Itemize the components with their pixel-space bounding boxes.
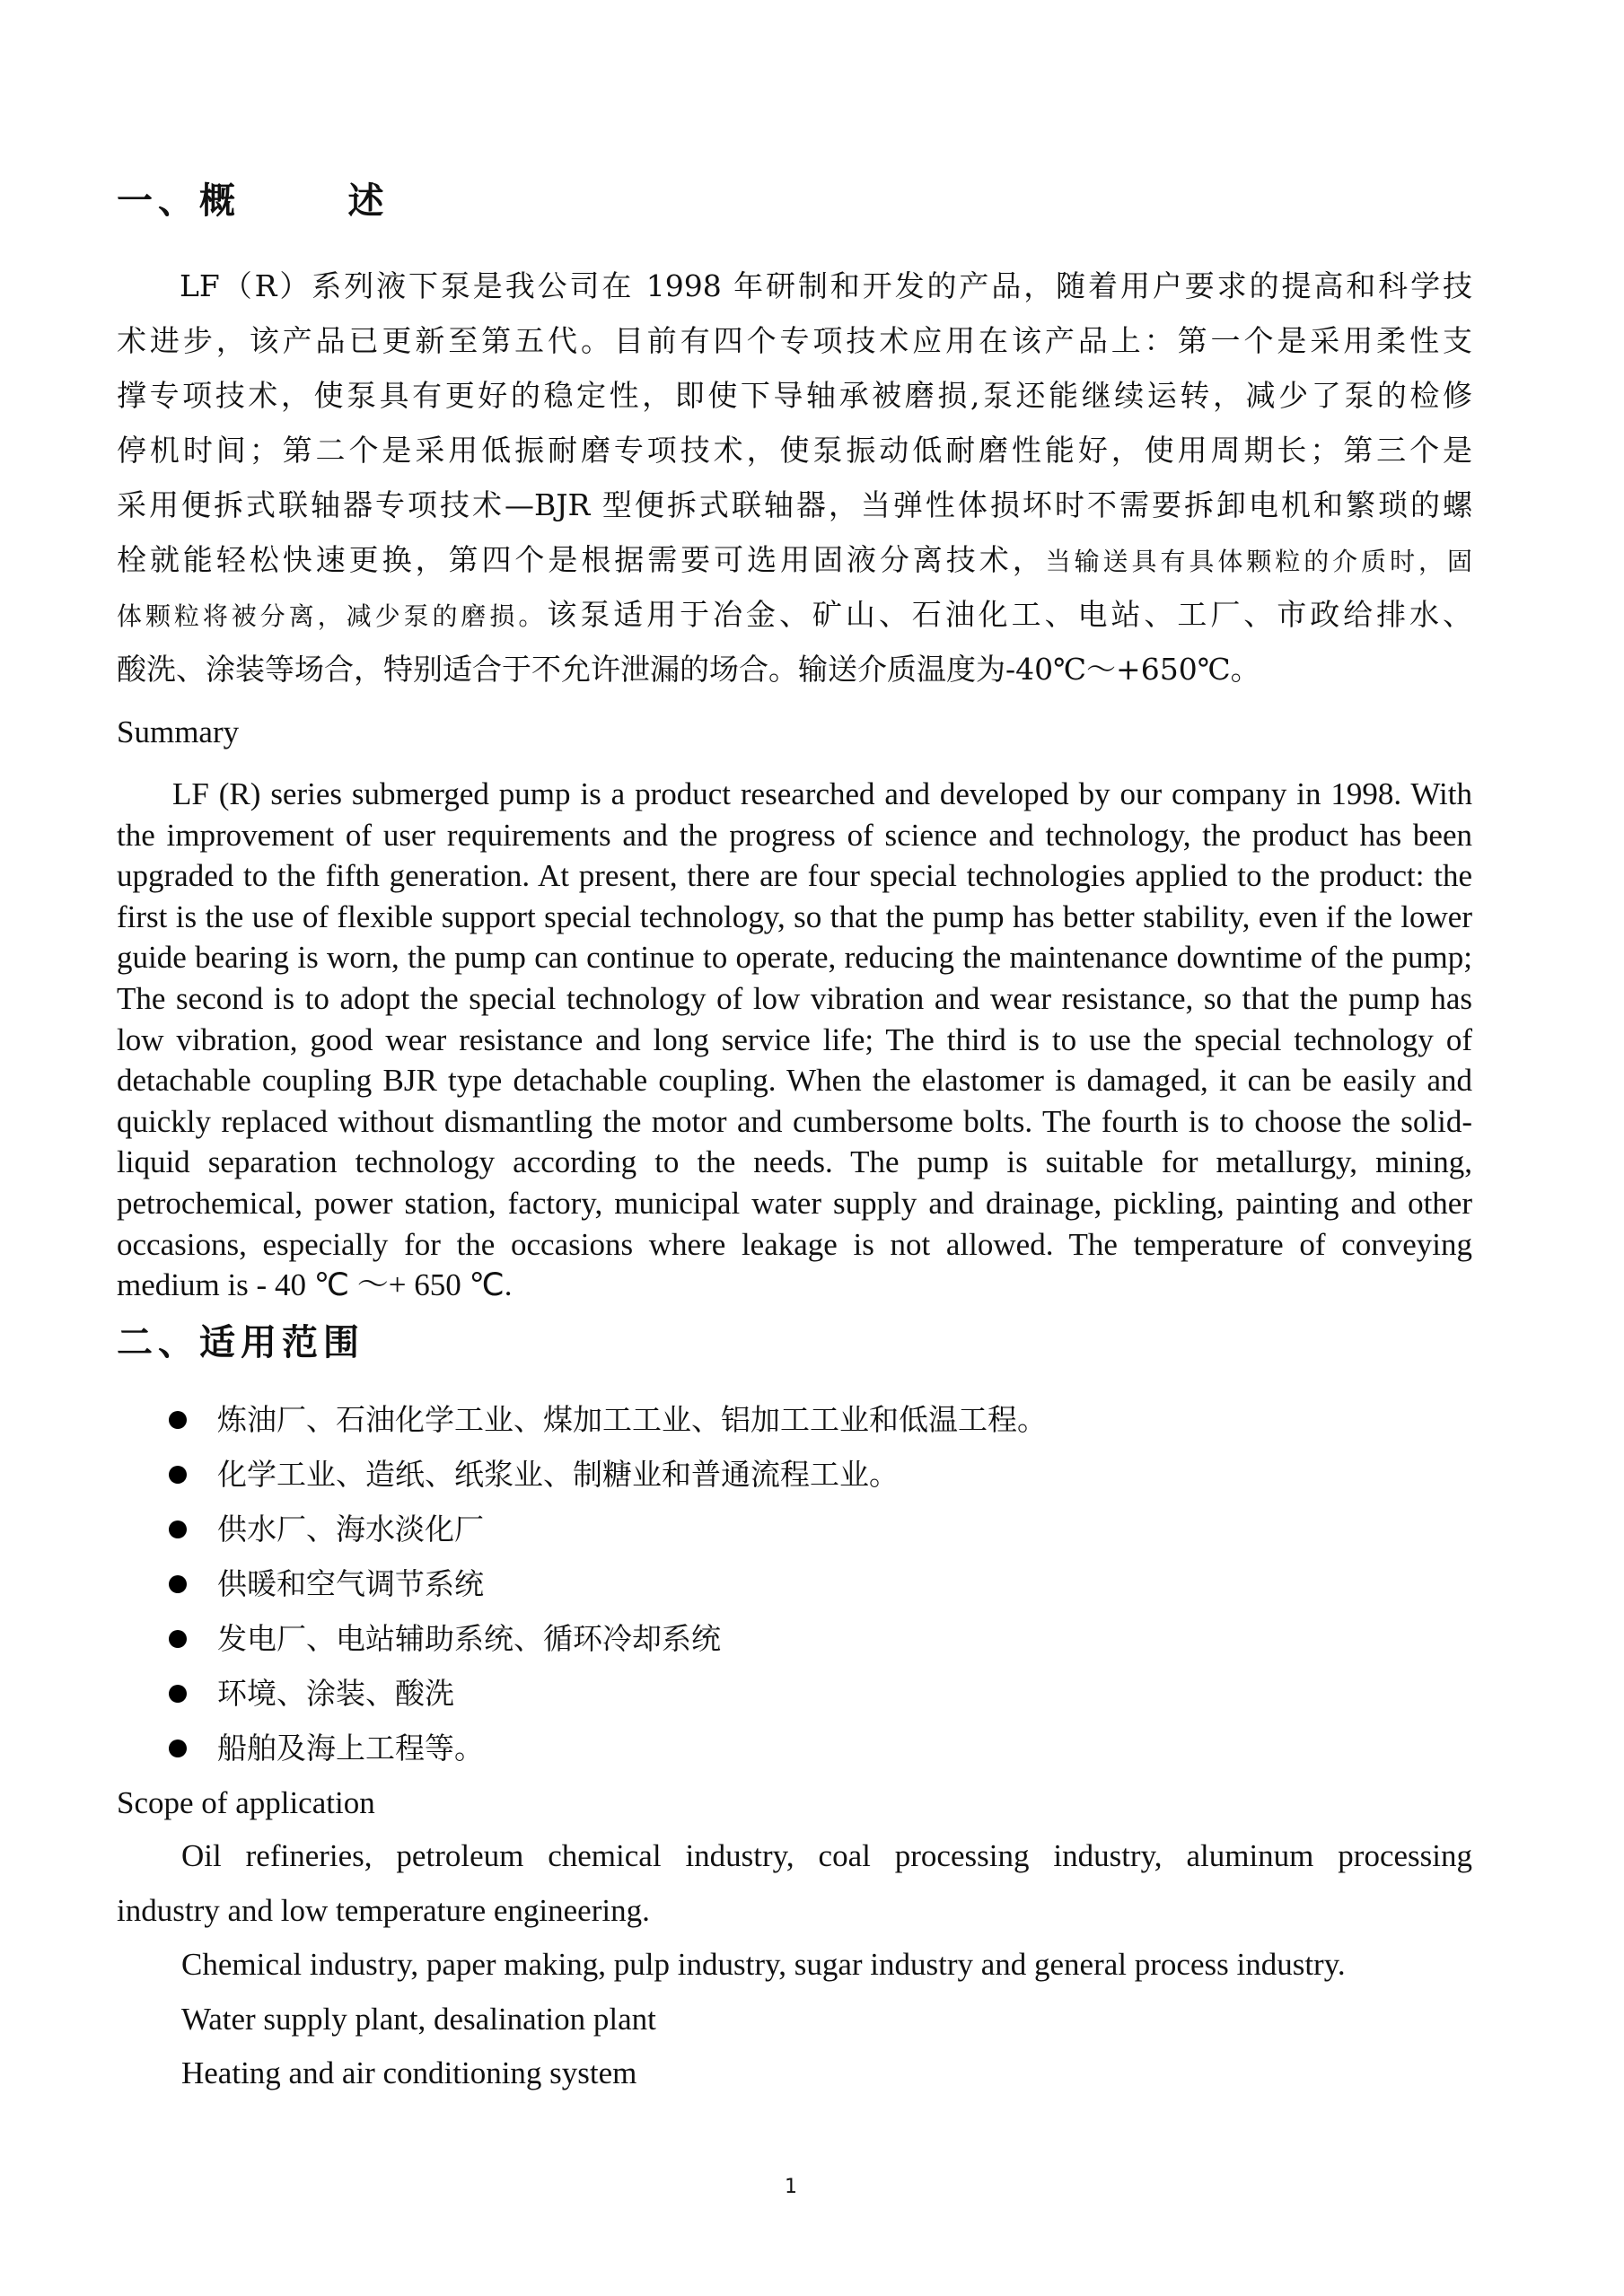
bullet-icon	[169, 1411, 187, 1429]
list-item: 供暖和空气调节系统	[169, 1556, 1426, 1611]
scope-label: Scope of application	[117, 1783, 375, 1823]
overview-line: LF（R）系列液下泵是我公司在 1998 年研制和开发的产品，随着用户要求的提高…	[117, 259, 1472, 313]
overview-text: 术进步，该产品已更新至第五代。目前有四个专项技术应用在该产品上：第一个是采用柔性…	[117, 323, 1472, 358]
list-item-text: 船舶及海上工程等。	[217, 1721, 484, 1775]
page-number: 1	[785, 2176, 797, 2198]
scope-paragraphs-en: Oil refineries, petroleum chemical indus…	[117, 1829, 1472, 2101]
overview-line: 撑专项技术，使泵具有更好的稳定性，即使下导轴承被磨损,泵还能继续运转，减少了泵的…	[117, 368, 1472, 423]
bullet-icon	[169, 1630, 187, 1648]
list-item: 炼油厂、石油化学工业、煤加工工业、铝加工工业和低温工程。	[169, 1392, 1426, 1447]
list-item-text: 炼油厂、石油化学工业、煤加工工业、铝加工工业和低温工程。	[217, 1392, 1047, 1447]
overview-line: 体颗粒将被分离，减少泵的磨损。该泵适用于冶金、矿山、石油化工、电站、工厂、市政给…	[117, 587, 1472, 642]
list-item: 环境、涂装、酸洗	[169, 1666, 1426, 1721]
scope-line: Chemical industry, paper making, pulp in…	[117, 1938, 1472, 1993]
overview-paragraph-cn: LF（R）系列液下泵是我公司在 1998 年研制和开发的产品，随着用户要求的提高…	[117, 259, 1472, 697]
overview-line: 栓就能轻松快速更换，第四个是根据需要可选用固液分离技术，当输送具有具体颗粒的介质…	[117, 532, 1472, 587]
overview-line: 术进步，该产品已更新至第五代。目前有四个专项技术应用在该产品上：第一个是采用柔性…	[117, 313, 1472, 368]
document-page: 一、概 述 LF（R）系列液下泵是我公司在 1998 年研制和开发的产品，随着用…	[0, 0, 1624, 2296]
scope-line: Water supply plant, desalination plant	[117, 1993, 1472, 2047]
summary-label: Summary	[117, 712, 239, 752]
list-item: 船舶及海上工程等。	[169, 1721, 1426, 1775]
overview-text-small: 当输送具有具体颗粒的介质时，固	[1046, 547, 1472, 576]
overview-text: 撑专项技术，使泵具有更好的稳定性，即使下导轴承被磨损,泵还能继续运转，减少了泵的…	[117, 378, 1472, 413]
list-item-text: 供暖和空气调节系统	[217, 1556, 484, 1611]
list-item: 发电厂、电站辅助系统、循环冷却系统	[169, 1611, 1426, 1666]
application-bullet-list: 炼油厂、石油化学工业、煤加工工业、铝加工工业和低温工程。 化学工业、造纸、纸浆业…	[169, 1392, 1426, 1775]
overview-text: 该泵适用于冶金、矿山、石油化工、电站、工厂、市政给排水、	[547, 597, 1472, 632]
overview-text: 采用便拆式联轴器专项技术—BJR 型便拆式联轴器，当弹性体损坏时不需要拆卸电机和…	[117, 487, 1472, 522]
bullet-icon	[169, 1740, 187, 1757]
overview-line: 采用便拆式联轴器专项技术—BJR 型便拆式联轴器，当弹性体损坏时不需要拆卸电机和…	[117, 478, 1472, 532]
bullet-icon	[169, 1575, 187, 1593]
section-heading-overview: 一、概 述	[117, 180, 390, 223]
scope-line: Oil refineries, petroleum chemical indus…	[117, 1829, 1472, 1884]
bullet-icon	[169, 1685, 187, 1703]
scope-line: Heating and air conditioning system	[117, 2046, 1472, 2101]
bullet-icon	[169, 1466, 187, 1484]
overview-text: 栓就能轻松快速更换，第四个是根据需要可选用固液分离技术，	[117, 542, 1046, 577]
section-heading-scope: 二、适用范围	[117, 1321, 364, 1364]
list-item-text: 供水厂、海水淡化厂	[217, 1502, 484, 1556]
overview-line: 停机时间；第二个是采用低振耐磨专项技术，使泵振动低耐磨性能好，使用周期长；第三个…	[117, 423, 1472, 478]
overview-line: 酸洗、涂装等场合，特别适合于不允许泄漏的场合。输送介质温度为-40℃～+650℃…	[117, 642, 1472, 697]
list-item-text: 发电厂、电站辅助系统、循环冷却系统	[217, 1611, 721, 1666]
overview-text-small: 体颗粒将被分离，减少泵的磨损。	[117, 601, 547, 631]
list-item: 化学工业、造纸、纸浆业、制糖业和普通流程工业。	[169, 1447, 1426, 1502]
bullet-icon	[169, 1520, 187, 1538]
list-item-text: 环境、涂装、酸洗	[217, 1666, 454, 1721]
overview-text: LF（R）系列液下泵是我公司在 1998 年研制和开发的产品，随着用户要求的提高…	[180, 268, 1472, 303]
list-item: 供水厂、海水淡化厂	[169, 1502, 1426, 1556]
overview-text: 酸洗、涂装等场合，特别适合于不允许泄漏的场合。输送介质温度为-40℃～+650℃…	[117, 652, 1260, 687]
scope-line: industry and low temperature engineering…	[117, 1884, 1472, 1939]
overview-text: 停机时间；第二个是采用低振耐磨专项技术，使泵振动低耐磨性能好，使用周期长；第三个…	[117, 433, 1472, 468]
list-item-text: 化学工业、造纸、纸浆业、制糖业和普通流程工业。	[217, 1447, 899, 1502]
summary-paragraph-en: LF (R) series submerged pump is a produc…	[117, 774, 1472, 1306]
